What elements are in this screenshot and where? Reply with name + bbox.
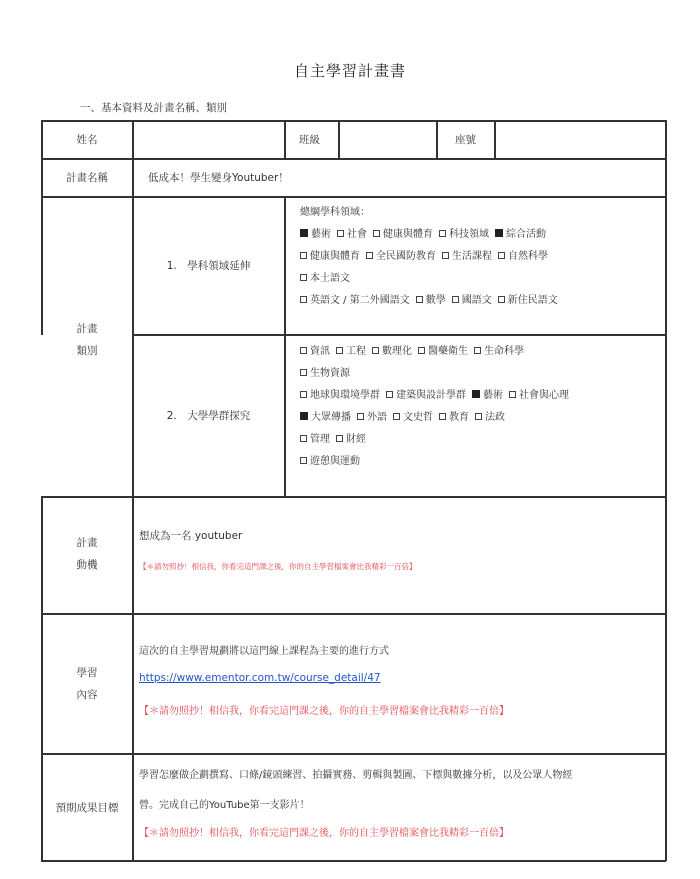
- unchecked-box-icon[interactable]: [300, 252, 307, 259]
- subject-option-label: 生活課程: [452, 251, 492, 262]
- subject-row: 健康與體育全民國防教育生活課程自然科學: [300, 246, 660, 268]
- group-option-label: 數理化: [382, 346, 412, 357]
- seat-label: 座號: [437, 121, 494, 158]
- subject-option[interactable]: 綜合活動: [495, 229, 546, 240]
- subject-option[interactable]: 生活課程: [442, 251, 492, 262]
- subject-heading: 總綱學科領域：: [300, 202, 660, 224]
- subject-option[interactable]: 自然科學: [498, 251, 548, 262]
- subject-option-label: 國語文: [462, 295, 492, 306]
- subject-row: 本土語文: [300, 268, 660, 290]
- group-option[interactable]: 醫藥衛生: [418, 346, 468, 357]
- border-row3: [41, 496, 666, 498]
- subject-option-label: 科技領域: [449, 229, 489, 240]
- unchecked-box-icon[interactable]: [498, 252, 505, 259]
- name-label: 姓名: [42, 121, 132, 158]
- unchecked-box-icon[interactable]: [439, 230, 446, 237]
- class-label: 班級: [285, 121, 339, 158]
- checked-box-icon[interactable]: [300, 229, 308, 237]
- subject-option-label: 新住民語文: [508, 295, 558, 306]
- group-option-label: 文史哲: [403, 412, 433, 423]
- subject-option-label: 英語文 / 第二外國語文: [310, 295, 410, 306]
- group-options: 資訊工程數理化醫藥衛生生命科學生物資源地球與環境學群建築與設計學群藝術社會與心理…: [300, 341, 660, 473]
- group-option-label: 法政: [485, 412, 505, 423]
- unchecked-box-icon[interactable]: [336, 347, 343, 354]
- unchecked-box-icon[interactable]: [474, 347, 481, 354]
- group-option-label: 工程: [346, 346, 366, 357]
- subject-option-label: 健康與體育: [383, 229, 433, 240]
- expected-outcome-text-line1: 學習怎麼做企劃撰寫、口條/鏡頭練習、拍攝實務、剪輯與製圖、下標與數據分析，以及公…: [139, 766, 572, 781]
- motivation-label-line1: 計畫: [77, 532, 98, 554]
- border-row4: [41, 613, 666, 615]
- group-row: 資訊工程數理化醫藥衛生生命科學: [300, 341, 660, 363]
- group-option-label: 生物資源: [310, 368, 350, 379]
- group-row: 生物資源: [300, 363, 660, 385]
- document-title: 自主學習計畫書: [0, 60, 700, 81]
- border-col-category: [284, 196, 286, 496]
- expected-outcome-note: 【＊請勿照抄！相信我，你看完這門課之後，你的自主學習檔案會比我精彩一百倍】: [139, 824, 509, 839]
- unchecked-box-icon[interactable]: [300, 296, 307, 303]
- subject-option-label: 健康與體育: [310, 251, 360, 262]
- unchecked-box-icon[interactable]: [475, 413, 482, 420]
- subject-option-label: 全民國防教育: [376, 251, 436, 262]
- unchecked-box-icon[interactable]: [300, 435, 307, 442]
- subject-option[interactable]: 本土語文: [300, 273, 350, 284]
- group-row: 地球與環境學群建築與設計學群藝術社會與心理: [300, 385, 660, 407]
- group-option-label: 建築與設計學群: [396, 390, 466, 401]
- plan-category-label: 計畫 類別: [42, 310, 132, 370]
- motivation-note: 【＊請勿照抄！相信我，你看完這門課之後，你的自主學習檔案會比我精彩一百倍】: [139, 561, 417, 572]
- learning-content-label-line2: 內容: [77, 684, 98, 706]
- subject-row: 英語文 / 第二外國語文數學國語文新住民語文: [300, 290, 660, 312]
- expected-outcome-text-line2: 營。完成自己的YouTube第一支影片！: [139, 796, 310, 811]
- unchecked-box-icon[interactable]: [300, 369, 307, 376]
- unchecked-box-icon[interactable]: [372, 347, 379, 354]
- group-row: 大眾傳播外語文史哲教育法政: [300, 407, 660, 429]
- subject-row: 藝術社會健康與體育科技領域綜合活動: [300, 224, 660, 246]
- plan-category-label-line1: 計畫: [77, 318, 98, 340]
- unchecked-box-icon[interactable]: [337, 230, 344, 237]
- subject-extension-checklist: 總綱學科領域： 藝術社會健康與體育科技領域綜合活動健康與體育全民國防教育生活課程…: [300, 202, 660, 312]
- unchecked-box-icon[interactable]: [366, 252, 373, 259]
- subject-option-label: 綜合活動: [506, 229, 546, 240]
- group-option[interactable]: 教育: [439, 412, 469, 423]
- subject-option[interactable]: 科技領域: [439, 229, 489, 240]
- unchecked-box-icon[interactable]: [498, 296, 505, 303]
- motivation-label: 計畫 動機: [42, 524, 132, 584]
- group-option[interactable]: 管理: [300, 434, 330, 445]
- group-option-label: 資訊: [310, 346, 330, 357]
- group-row: 遊憩與運動: [300, 451, 660, 473]
- plan-name-label: 計畫名稱: [42, 159, 132, 196]
- group-option[interactable]: 地球與環境學群: [300, 390, 380, 401]
- group-option-label: 外語: [367, 412, 387, 423]
- group-option[interactable]: 法政: [475, 412, 505, 423]
- unchecked-box-icon[interactable]: [373, 230, 380, 237]
- group-option[interactable]: 大眾傳播: [300, 412, 351, 423]
- group-option[interactable]: 工程: [336, 346, 366, 357]
- subject-option-label: 本土語文: [310, 273, 350, 284]
- group-option[interactable]: 文史哲: [393, 412, 433, 423]
- class-field[interactable]: [339, 121, 436, 158]
- learning-content-text: 這次的自主學習規劃將以這門線上課程為主要的進行方式: [139, 642, 389, 657]
- subject-option[interactable]: 社會: [337, 229, 367, 240]
- group-option-label: 地球與環境學群: [310, 390, 380, 401]
- group-option[interactable]: 遊憩與運動: [300, 456, 360, 467]
- group-option-label: 生命科學: [484, 346, 524, 357]
- group-option[interactable]: 藝術: [472, 390, 503, 401]
- subject-option-label: 自然科學: [508, 251, 548, 262]
- unchecked-box-icon[interactable]: [300, 457, 307, 464]
- subject-option[interactable]: 英語文 / 第二外國語文: [300, 295, 410, 306]
- unchecked-box-icon[interactable]: [300, 391, 307, 398]
- group-option-label: 醫藥衛生: [428, 346, 468, 357]
- group-option-label: 遊憩與運動: [310, 456, 360, 467]
- subject-option[interactable]: 數學: [416, 295, 446, 306]
- unchecked-box-icon[interactable]: [442, 252, 449, 259]
- group-option[interactable]: 外語: [357, 412, 387, 423]
- group-option[interactable]: 生命科學: [474, 346, 524, 357]
- plan-category-label-line2: 類別: [77, 340, 98, 362]
- university-group-label: 2. 大學學群探究: [133, 335, 284, 496]
- name-field[interactable]: [133, 121, 284, 158]
- checked-box-icon[interactable]: [300, 412, 308, 420]
- border-bottom: [41, 860, 666, 862]
- unchecked-box-icon[interactable]: [357, 413, 364, 420]
- unchecked-box-icon[interactable]: [300, 274, 307, 281]
- unchecked-box-icon[interactable]: [416, 296, 423, 303]
- border-right: [665, 120, 667, 861]
- subject-option[interactable]: 全民國防教育: [366, 251, 436, 262]
- subject-option-label: 藝術: [311, 229, 331, 240]
- motivation-text: 想成為一名 youtuber: [139, 528, 242, 543]
- unchecked-box-icon[interactable]: [439, 413, 446, 420]
- subject-option[interactable]: 健康與體育: [373, 229, 433, 240]
- plan-name-value: 低成本！學生變身Youtuber！: [148, 159, 648, 196]
- checked-box-icon[interactable]: [472, 390, 480, 398]
- group-option-label: 藝術: [483, 390, 503, 401]
- group-option[interactable]: 數理化: [372, 346, 412, 357]
- course-link[interactable]: https://www.ementor.com.tw/course_detail…: [139, 672, 381, 684]
- group-option[interactable]: 建築與設計學群: [386, 390, 466, 401]
- unchecked-box-icon[interactable]: [300, 347, 307, 354]
- subject-option-label: 社會: [347, 229, 367, 240]
- subject-option[interactable]: 藝術: [300, 229, 331, 240]
- section-heading: 一、基本資料及計畫名稱、類別: [80, 100, 227, 115]
- unchecked-box-icon[interactable]: [509, 391, 516, 398]
- unchecked-box-icon[interactable]: [418, 347, 425, 354]
- subject-option[interactable]: 健康與體育: [300, 251, 360, 262]
- subject-option[interactable]: 新住民語文: [498, 295, 558, 306]
- subject-option[interactable]: 國語文: [452, 295, 492, 306]
- learning-content-note: 【＊請勿照抄！相信我，你看完這門課之後，你的自主學習檔案會比我精彩一百倍】: [139, 702, 509, 717]
- expected-outcome-label: 預期成果目標: [42, 754, 132, 860]
- group-row: 管理財經: [300, 429, 660, 451]
- checked-box-icon[interactable]: [495, 229, 503, 237]
- border-row5: [41, 753, 666, 755]
- learning-content-label-line1: 學習: [77, 662, 98, 684]
- group-option[interactable]: 資訊: [300, 346, 330, 357]
- group-option-label: 財經: [346, 434, 366, 445]
- unchecked-box-icon[interactable]: [386, 391, 393, 398]
- motivation-label-line2: 動機: [77, 554, 98, 576]
- group-option[interactable]: 財經: [336, 434, 366, 445]
- subject-extension-label: 1. 學科領域延伸: [133, 197, 284, 334]
- group-option[interactable]: 社會與心理: [509, 390, 569, 401]
- group-option-label: 社會與心理: [519, 390, 569, 401]
- unchecked-box-icon[interactable]: [336, 435, 343, 442]
- unchecked-box-icon[interactable]: [393, 413, 400, 420]
- subject-option-label: 數學: [426, 295, 446, 306]
- group-option-label: 大眾傳播: [311, 412, 351, 423]
- group-option-label: 管理: [310, 434, 330, 445]
- learning-content-label: 學習 內容: [42, 654, 132, 714]
- university-group-checklist: 資訊工程數理化醫藥衛生生命科學生物資源地球與環境學群建築與設計學群藝術社會與心理…: [300, 341, 660, 473]
- group-option[interactable]: 生物資源: [300, 368, 350, 379]
- unchecked-box-icon[interactable]: [452, 296, 459, 303]
- subject-options: 藝術社會健康與體育科技領域綜合活動健康與體育全民國防教育生活課程自然科學本土語文…: [300, 224, 660, 312]
- seat-field[interactable]: [495, 121, 665, 158]
- group-option-label: 教育: [449, 412, 469, 423]
